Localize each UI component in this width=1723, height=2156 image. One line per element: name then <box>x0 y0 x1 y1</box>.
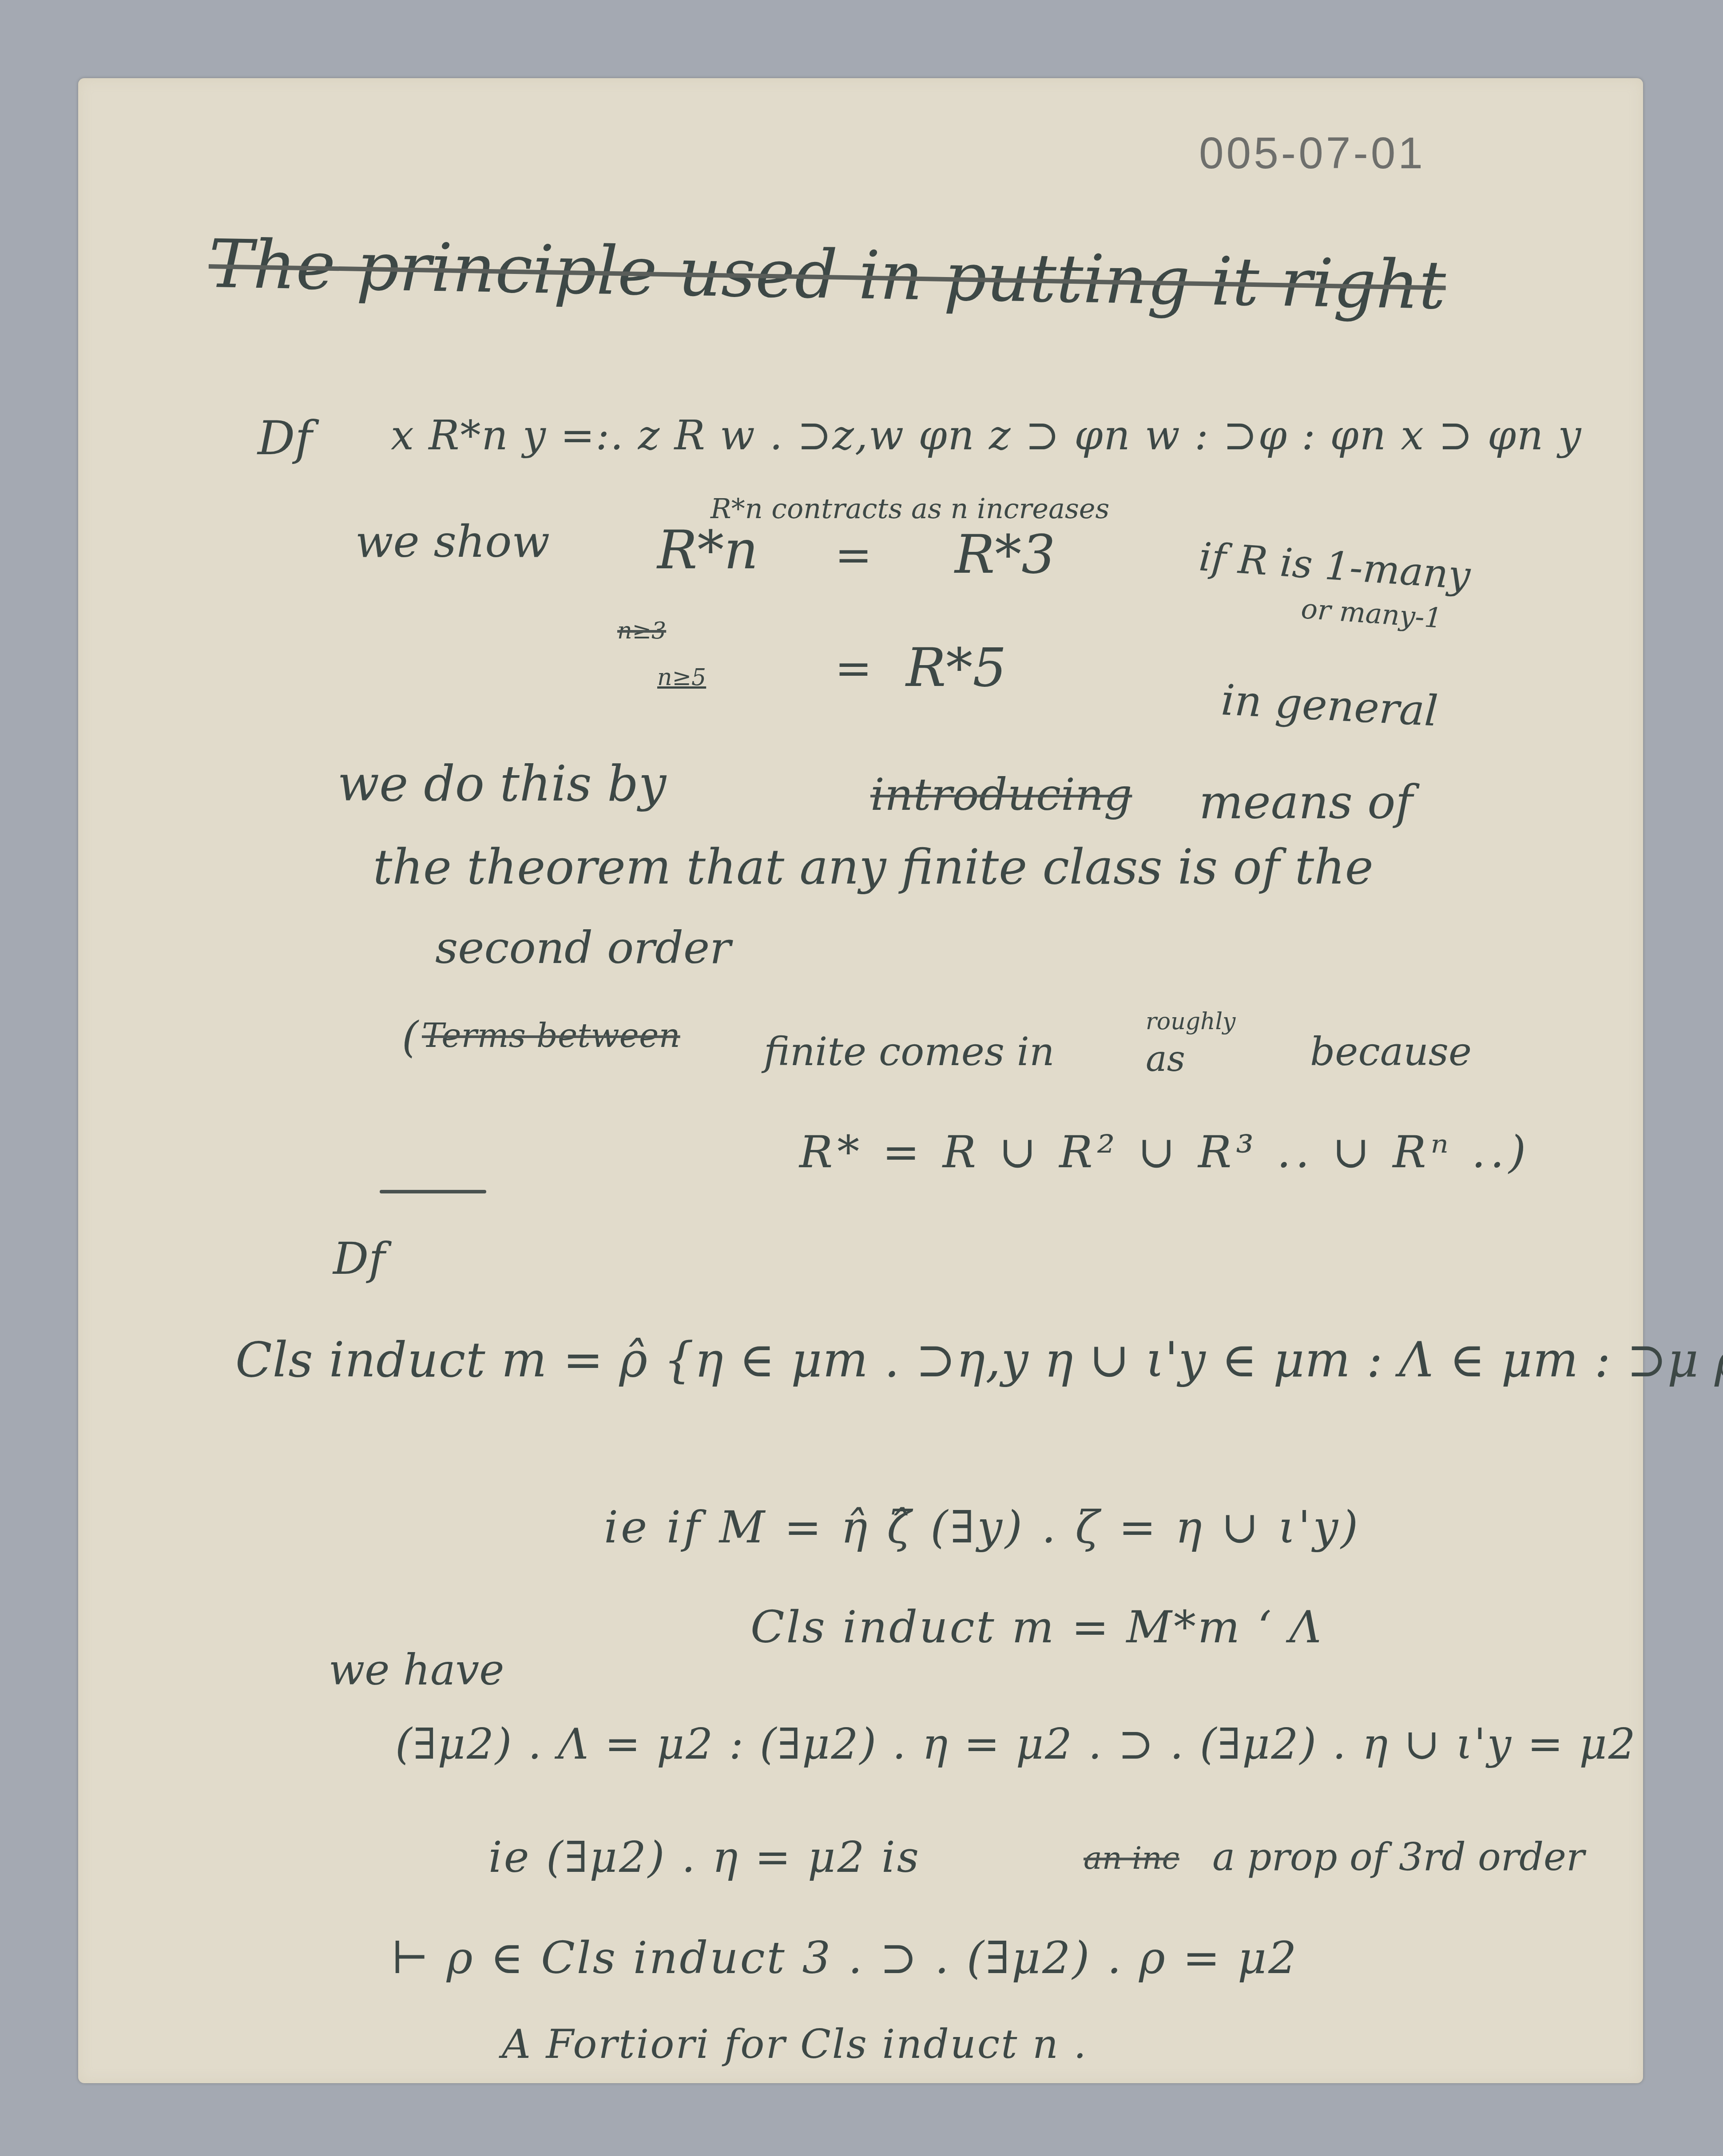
paren-open: ( <box>402 1017 418 1059</box>
cls-induct-equation: Cls induct m = M*m ‘ Λ <box>750 1605 1323 1649</box>
we-have-label: we have <box>329 1649 504 1692</box>
cls-induct-definition: Cls induct m = ρ̂ {η ∈ μm . ⊃η,y η ∪ ι'y… <box>235 1336 1723 1384</box>
archive-number: 005-07-01 <box>1199 131 1425 175</box>
ie2-struck: an inc <box>1084 1843 1179 1874</box>
we-show-label: we show <box>355 519 550 564</box>
para-line-2: the theorem that any finite class is of … <box>373 844 1374 892</box>
section-divider <box>380 1190 486 1193</box>
eq2-rhs: R*5 <box>906 642 1007 695</box>
hence-formula: ⊢ ρ ∈ Cls induct 3 . ⊃ . (∃μ2) . ρ = μ2 <box>391 1936 1298 1980</box>
eq1-equals: = <box>835 533 872 577</box>
eq2-equals: = <box>835 646 872 690</box>
para-line-3: second order <box>435 926 731 970</box>
definition-formula: x R*n y =:. z R w . ⊃z,w φn z ⊃ φn w : ⊃… <box>391 415 1582 456</box>
eq1-rhs: R*3 <box>955 528 1056 582</box>
para-line-1-struck: introducing <box>870 773 1132 817</box>
df-label: Df <box>258 415 312 462</box>
manuscript-page <box>78 78 1643 2083</box>
paren-text-a: finite comes in <box>764 1032 1055 1071</box>
paren-text-b: as <box>1146 1041 1185 1077</box>
annotation-contracts: R*n contracts as n increases <box>711 495 1109 523</box>
eq2-note: in general <box>1220 679 1439 733</box>
ie2-b: a prop of 3rd order <box>1212 1838 1584 1876</box>
para-line-1b: means of <box>1199 779 1413 826</box>
exists-formula: (∃μ2) . Λ = μ2 : (∃μ2) . η = μ2 . ⊃ . (∃… <box>395 1723 1637 1765</box>
series-formula: R* = R ∪ R² ∪ R³ .. ∪ Rⁿ ..) <box>799 1130 1530 1174</box>
eq2-margin: n≥5 <box>657 666 706 689</box>
page-heading-struck: The principle used in putting it right <box>208 231 1446 319</box>
paren-above: roughly <box>1146 1010 1235 1033</box>
ie-line: ie if M = η̂ ζ̂ (∃y) . ζ = η ∪ ι'y) <box>604 1505 1361 1550</box>
eq1-lhs: R*n <box>657 524 758 577</box>
eq2-margin-struck: n≥3 <box>617 619 666 642</box>
para-line-1a: we do this by <box>337 759 666 808</box>
paren-struck: Terms between <box>422 1019 680 1052</box>
df-label-2: Df <box>333 1237 385 1281</box>
afortiori-line: A Fortiori for Cls induct n . <box>502 2025 1088 2065</box>
ie2-a: ie (∃μ2) . η = μ2 is <box>488 1836 921 1879</box>
paren-text-c: because <box>1310 1032 1472 1071</box>
